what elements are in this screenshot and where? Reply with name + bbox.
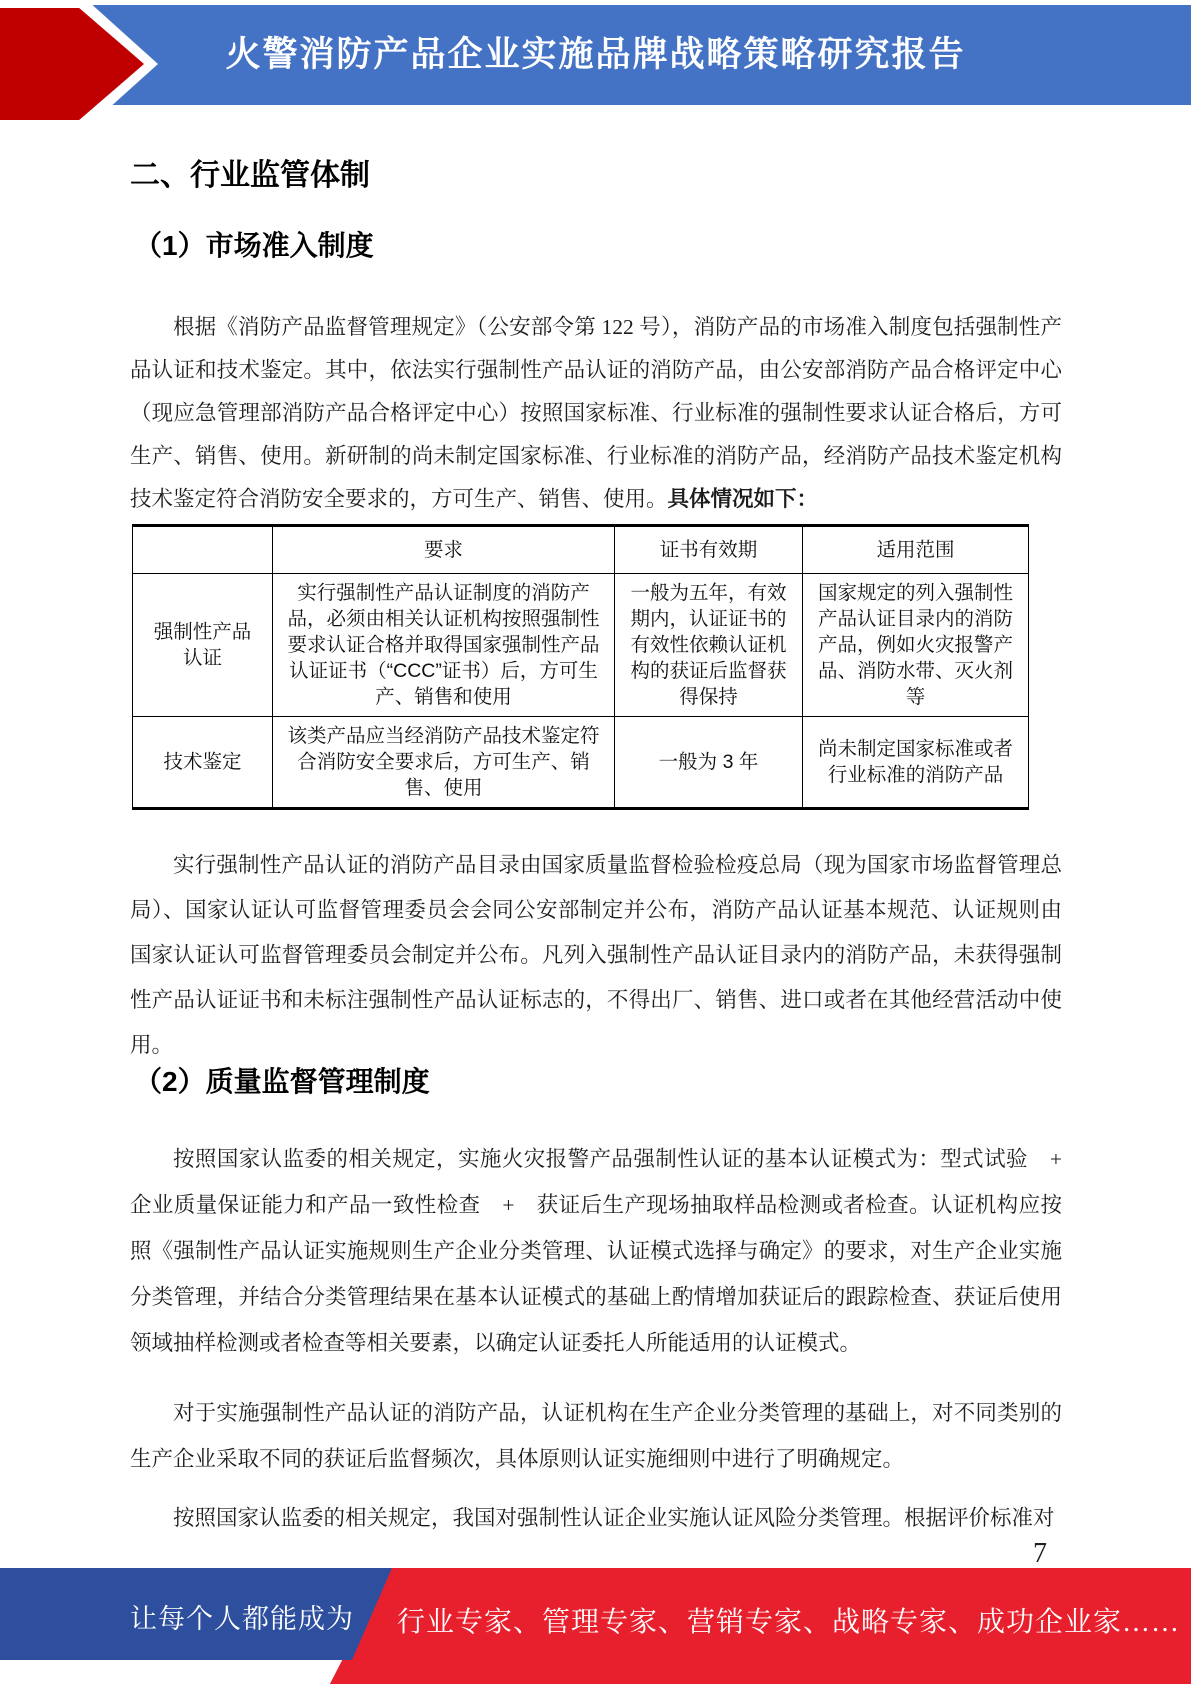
paragraph-3: 按照国家认监委的相关规定，实施火灾报警产品强制性认证的基本认证模式为：型式试验 …	[130, 1136, 1062, 1366]
row-requirement: 该类产品应当经消防产品技术鉴定符合消防安全要求后，方可生产、销售、使用	[273, 717, 615, 809]
footer-slogan-left: 让每个人都能成为	[130, 1597, 354, 1636]
paragraph-5: 按照国家认监委的相关规定，我国对强制性认证企业实施认证风险分类管理。根据评价标准…	[130, 1495, 1062, 1541]
subsection-2-heading: （2）质量监督管理制度	[134, 1060, 430, 1100]
row-label: 强制性产品认证	[133, 574, 273, 717]
report-page: 火警消防产品企业实施品牌战略策略研究报告 二、行业监管体制 （1）市场准入制度 …	[0, 0, 1191, 1684]
certification-table: 要求 证书有效期 适用范围 强制性产品认证 实行强制性产品认证制度的消防产品，必…	[132, 524, 1029, 810]
page-content: 二、行业监管体制 （1）市场准入制度 根据《消防产品监督管理规定》（公安部令第 …	[130, 0, 1062, 1684]
paragraph-1: 根据《消防产品监督管理规定》（公安部令第 122 号），消防产品的市场准入制度包…	[130, 306, 1062, 521]
paragraph-1-text: 根据《消防产品监督管理规定》（公安部令第 122 号），消防产品的市场准入制度包…	[130, 315, 1062, 511]
row-validity: 一般为五年，有效期内，认证证书的有效性依赖认证机构的获证后监督获得保持	[615, 574, 803, 717]
row-scope: 尚未制定国家标准或者行业标准的消防产品	[803, 717, 1029, 809]
table-header-requirement: 要求	[273, 526, 615, 574]
subsection-1-heading: （1）市场准入制度	[134, 224, 374, 264]
table-header-blank	[133, 526, 273, 574]
row-requirement: 实行强制性产品认证制度的消防产品，必须由相关认证机构按照强制性要求认证合格并取得…	[273, 574, 615, 717]
paragraph-4: 对于实施强制性产品认证的消防产品，认证机构在生产企业分类管理的基础上，对不同类别…	[130, 1390, 1062, 1482]
table-row: 技术鉴定 该类产品应当经消防产品技术鉴定符合消防安全要求后，方可生产、销售、使用…	[133, 717, 1029, 809]
table-row: 强制性产品认证 实行强制性产品认证制度的消防产品，必须由相关认证机构按照强制性要…	[133, 574, 1029, 717]
paragraph-1-bold-text: 具体情况如下：	[668, 487, 819, 511]
table-header-row: 要求 证书有效期 适用范围	[133, 526, 1029, 574]
section-heading: 二、行业监管体制	[130, 150, 370, 194]
paragraph-2: 实行强制性产品认证的消防产品目录由国家质量监督检验检疫总局（现为国家市场监督管理…	[130, 843, 1062, 1068]
row-label: 技术鉴定	[133, 717, 273, 809]
footer-slogan-right: 行业专家、管理专家、营销专家、战略专家、成功企业家……	[397, 1600, 1180, 1640]
page-number: 7	[1033, 1538, 1047, 1570]
row-scope: 国家规定的列入强制性产品认证目录内的消防产品，例如火灾报警产品、消防水带、灭火剂…	[803, 574, 1029, 717]
table-header-validity: 证书有效期	[615, 526, 803, 574]
row-validity: 一般为 3 年	[615, 717, 803, 809]
table-header-scope: 适用范围	[803, 526, 1029, 574]
